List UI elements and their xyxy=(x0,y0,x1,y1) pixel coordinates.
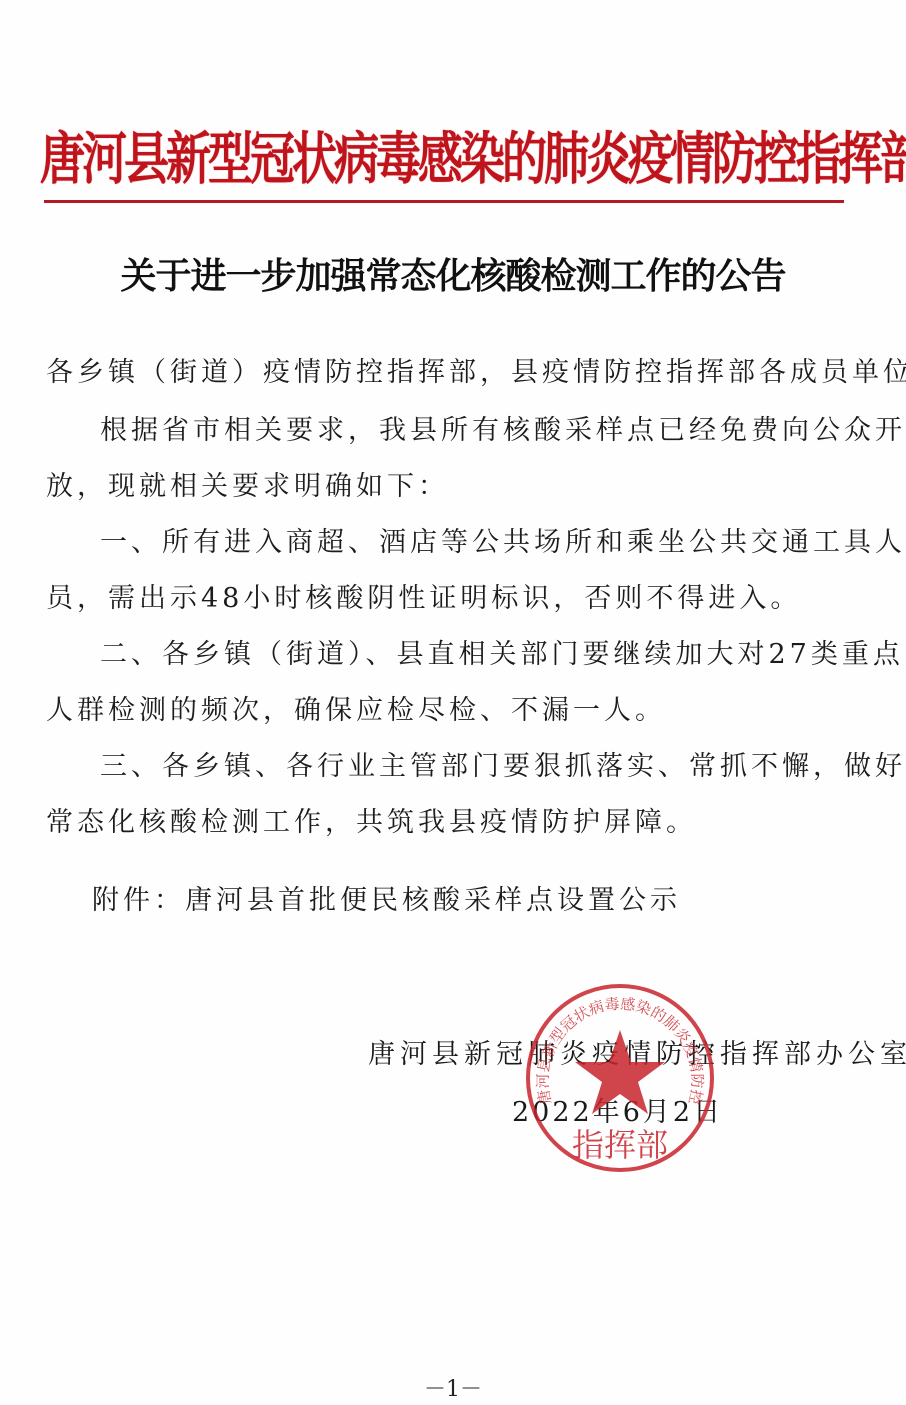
paragraph-item2-line1: 二、各乡镇（街道）、县直相关部门要继续加大对27类重点 xyxy=(100,632,906,671)
official-seal: 唐河县新型冠状病毒感染的肺炎疫情防控 指挥部 xyxy=(520,978,720,1178)
attachment-note: 附件：唐河县首批便民核酸采样点设置公示 xyxy=(92,878,902,917)
page-number: －1－ xyxy=(0,1372,906,1403)
paragraph-intro-line2: 放，现就相关要求明确如下： xyxy=(46,464,856,503)
paragraph-intro-line1: 根据省市相关要求，我县所有核酸采样点已经免费向公众开 xyxy=(100,408,906,447)
paragraph-item3-line2: 常态化核酸检测工作，共筑我县疫情防护屏障。 xyxy=(46,800,856,839)
header-rule xyxy=(44,200,844,203)
document-page: 唐河县新型冠状病毒感染的肺炎疫情防控指挥部办公室文件 关于进一步加强常态化核酸检… xyxy=(0,0,906,1405)
paragraph-item1-line2: 员，需出示48小时核酸阴性证明标识，否则不得进入。 xyxy=(46,576,856,615)
paragraph-item2-line2: 人群检测的频次，确保应检尽检、不漏一人。 xyxy=(46,688,856,727)
issuing-office-header: 唐河县新型冠状病毒感染的肺炎疫情防控指挥部办公室文件 xyxy=(40,120,906,198)
paragraph-item3-line1: 三、各乡镇、各行业主管部门要狠抓落实、常抓不懈，做好 xyxy=(100,744,906,783)
salutation: 各乡镇（街道）疫情防控指挥部，县疫情防控指挥部各成员单位： xyxy=(46,350,856,389)
red-header: 唐河县新型冠状病毒感染的肺炎疫情防控指挥部办公室文件 xyxy=(40,128,850,208)
paragraph-item1-line1: 一、所有进入商超、酒店等公共场所和乘坐公共交通工具人 xyxy=(100,520,906,559)
svg-text:指挥部: 指挥部 xyxy=(572,1126,668,1164)
star-icon xyxy=(575,1030,665,1114)
document-title: 关于进一步加强常态化核酸检测工作的公告 xyxy=(0,248,906,299)
